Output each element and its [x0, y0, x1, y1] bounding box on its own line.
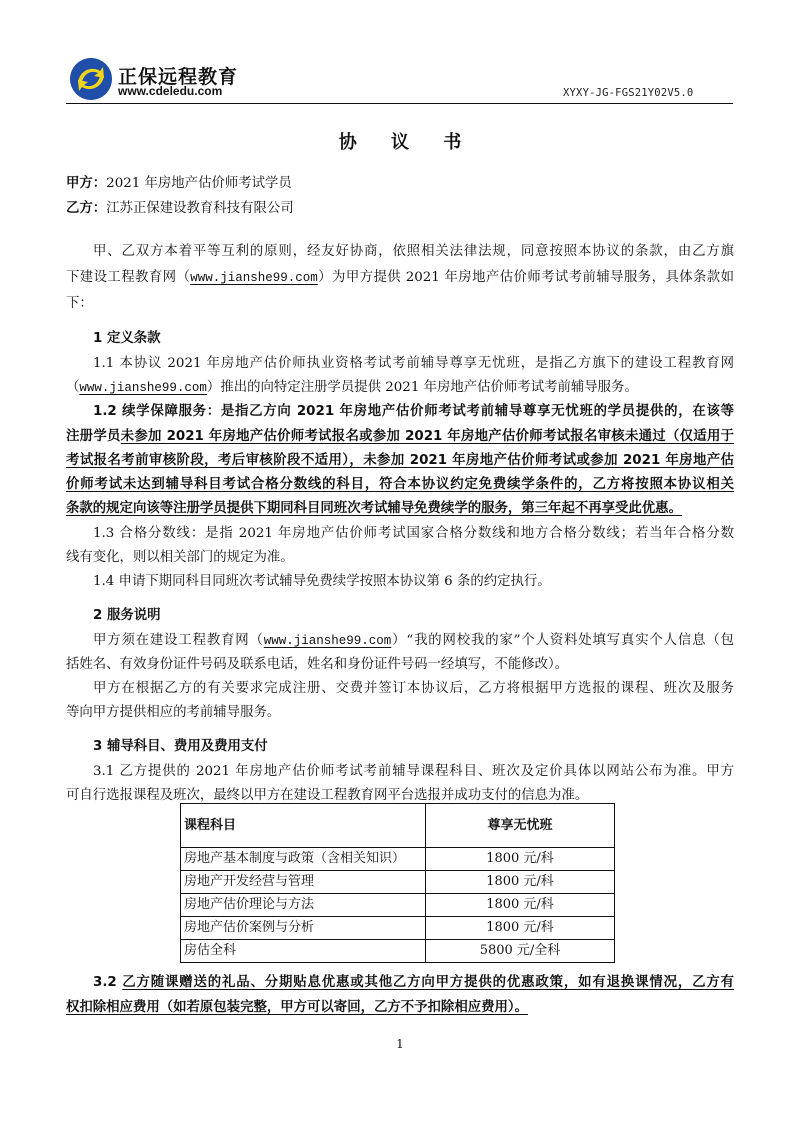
- price-cell: 1800 元/科: [426, 848, 615, 871]
- page-number: 1: [0, 1037, 800, 1051]
- clause-number: 3.2: [93, 975, 122, 990]
- clause-1-2-line-3: 考试报名考前审核阶段，考后审核阶段不适用），未参加 2021 年房地产估价师考试…: [66, 448, 734, 474]
- section-3-heading: 3 辅导科目、费用及费用支付: [66, 734, 734, 760]
- clause-text: ）推出的向特定注册学员提供 2021 年房地产估价师考试考前辅导服务。: [207, 380, 638, 395]
- clause-1-2-line-5: 条款的规定向该等注册学员提供下期同科目同班次考试辅导免费续学的服务，第三年起不再…: [66, 496, 734, 522]
- table-row: 房估全科 5800 元/全科: [181, 940, 615, 963]
- clause-text: 甲方须在建设工程教育网（: [93, 633, 264, 648]
- party-b: 乙方：江苏正保建设教育科技有限公司: [66, 196, 734, 222]
- price-cell: 1800 元/科: [426, 917, 615, 940]
- table-header-row: 课程科目 尊享无忧班: [181, 804, 615, 848]
- brand-url: www.cdeledu.com: [118, 84, 222, 98]
- party-a-label: 甲方：: [66, 176, 106, 191]
- jianshe99-link[interactable]: www.jianshe99.com: [190, 271, 318, 285]
- clause-underlined-text: 未参加 2021 年房地产估价师考试报名或参加 2021 年房地产估价师考试报名…: [121, 429, 734, 444]
- fee-table: 课程科目 尊享无忧班 房地产基本制度与政策（含相关知识） 1800 元/科 房地…: [180, 803, 615, 963]
- clause-1-2-line-1: 1.2 续学保障服务：是指乙方向 2021 年房地产估价师考试考前辅导尊享无忧班…: [66, 399, 734, 425]
- clause-underlined-text: 乙方随课赠送的礼品、分期贴息优惠或其他乙方向甲方提供的优惠政策，如有退换课情况，…: [122, 975, 734, 990]
- table-row: 房地产估价理论与方法 1800 元/科: [181, 894, 615, 917]
- price-cell: 5800 元/全科: [426, 940, 615, 963]
- intro-text: 下建设工程教育网（: [66, 270, 190, 285]
- course-cell: 房地产估价案例与分析: [181, 917, 426, 940]
- clause-text: （: [66, 380, 79, 395]
- section-2-p2-line-2: 等向甲方提供相应的考前辅导服务。: [66, 700, 734, 726]
- clause-text: ）“我的网校我的家”个人资料处填写真实个人信息（包: [391, 633, 734, 648]
- clause-1-3-line-2: 线有变化，则以相关部门的规定为准。: [66, 545, 734, 571]
- jianshe99-link[interactable]: www.jianshe99.com: [264, 634, 392, 648]
- document-code: XYXY-JG-FGS21Y02V5.0: [563, 87, 693, 99]
- clause-3-1-line-1: 3.1 乙方提供的 2021 年房地产估价师考试考前辅导课程科目、班次及定价具体…: [66, 759, 734, 785]
- party-a-value: 2021 年房地产估价师考试学员: [106, 176, 292, 191]
- intro-line-1: 甲、乙双方本着平等互利的原则，经友好协商，依照相关法律法规，同意按照本协议的条款…: [66, 239, 734, 265]
- party-b-value: 江苏正保建设教育科技有限公司: [106, 201, 293, 216]
- clause-1-3-line-1: 1.3 合格分数线：是指 2021 年房地产估价师考试国家合格分数线和地方合格分…: [66, 521, 734, 547]
- table-row: 房地产开发经营与管理 1800 元/科: [181, 871, 615, 894]
- party-a: 甲方：2021 年房地产估价师考试学员: [66, 171, 734, 197]
- clause-3-2-line-1: 3.2 乙方随课赠送的礼品、分期贴息优惠或其他乙方向甲方提供的优惠政策，如有退换…: [66, 970, 734, 996]
- section-2-heading: 2 服务说明: [66, 603, 734, 629]
- column-header-class: 尊享无忧班: [426, 804, 615, 848]
- clause-3-2-line-2: 权扣除相应费用（如若原包装完整，甲方可以寄回，乙方不予扣除相应费用）。: [66, 995, 734, 1021]
- course-cell: 房地产开发经营与管理: [181, 871, 426, 894]
- document-title: 协 议 书: [0, 128, 800, 154]
- table-row: 房地产估价案例与分析 1800 元/科: [181, 917, 615, 940]
- party-b-label: 乙方：: [66, 201, 106, 216]
- clause-1-2-line-2: 注册学员未参加 2021 年房地产估价师考试报名或参加 2021 年房地产估价师…: [66, 424, 734, 450]
- price-cell: 1800 元/科: [426, 894, 615, 917]
- course-cell: 房地产估价理论与方法: [181, 894, 426, 917]
- intro-text: ）为甲方提供 2021 年房地产估价师考试考前辅导服务，具体条款如: [318, 270, 734, 285]
- course-cell: 房地产基本制度与政策（含相关知识）: [181, 848, 426, 871]
- section-2-p2-line-1: 甲方在根据乙方的有关要求完成注册、交费并签订本协议后，乙方将根据甲方选报的课程、…: [66, 676, 734, 702]
- clause-1-4: 1.4 申请下期同科目同班次考试辅导免费续学按照本协议第 6 条的约定执行。: [66, 569, 734, 595]
- section-2-p1-line-2: 括姓名、有效身份证件号码及联系电话，姓名和身份证件号码一经填写，不能修改）。: [66, 652, 734, 678]
- course-cell: 房估全科: [181, 940, 426, 963]
- section-2-p1-line-1: 甲方须在建设工程教育网（www.jianshe99.com）“我的网校我的家”个…: [66, 628, 734, 654]
- intro-line-3: 下：: [66, 291, 734, 317]
- clause-1-1-line-1: 1.1 本协议 2021 年房地产估价师执业资格考试考前辅导尊享无忧班，是指乙方…: [66, 351, 734, 377]
- clause-1-1-line-2: （www.jianshe99.com）推出的向特定注册学员提供 2021 年房地…: [66, 375, 734, 401]
- intro-line-2: 下建设工程教育网（www.jianshe99.com）为甲方提供 2021 年房…: [66, 265, 734, 291]
- section-1-heading: 1 定义条款: [66, 326, 734, 352]
- column-header-course: 课程科目: [181, 804, 426, 848]
- swirl-logo-icon: [70, 58, 112, 100]
- table-row: 房地产基本制度与政策（含相关知识） 1800 元/科: [181, 848, 615, 871]
- clause-1-2-line-4: 价师考试未达到辅导科目考试合格分数线的科目，符合本协议约定免费续学条件的，乙方将…: [66, 472, 734, 498]
- header-divider: [66, 103, 733, 104]
- jianshe99-link[interactable]: www.jianshe99.com: [79, 381, 207, 395]
- price-cell: 1800 元/科: [426, 871, 615, 894]
- clause-text: 注册学员: [66, 429, 121, 444]
